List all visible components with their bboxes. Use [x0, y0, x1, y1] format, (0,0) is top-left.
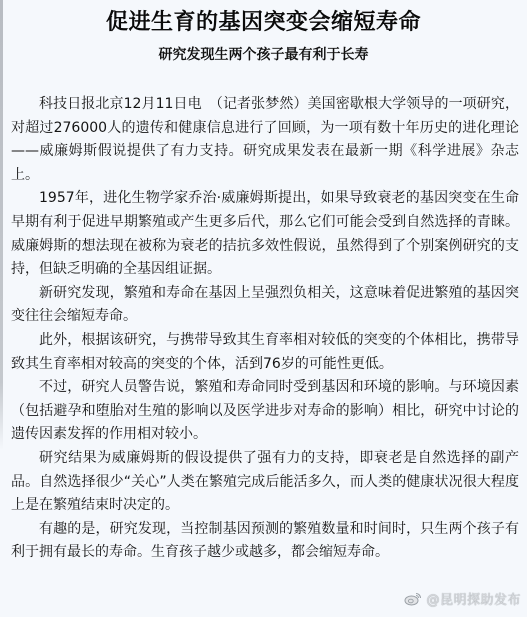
article-subtitle: 研究发现生两个孩子最有利于长寿	[0, 44, 527, 66]
article-body: 科技日报北京12月11日电 （记者张梦然）美国密歇根大学领导的一项研究，对超过2…	[11, 93, 519, 565]
article-title: 促进生育的基因突变会缩短寿命	[0, 8, 527, 38]
watermark-text: @昆明探助发布	[426, 589, 521, 608]
paragraph: 1957年，进化生物学家乔治·威廉姆斯提出，如果导致衰老的基因突变在生命早期有利…	[11, 187, 519, 281]
paragraph: 研究结果为威廉姆斯的假设提供了强有力的支持，即衰老是自然选择的副产品。自然选择很…	[11, 447, 519, 518]
left-border	[0, 0, 3, 450]
paragraph: 新研究发现，繁殖和寿命在基因上呈强烈负相关，这意味着促进繁殖的基因突变往往会缩短…	[11, 282, 519, 329]
paragraph: 有趣的是，研究发现，当控制基因预测的繁殖数量和时间时，只生两个孩子有利于拥有最长…	[11, 518, 519, 565]
paragraph: 不过，研究人员警告说，繁殖和寿命同时受到基因和环境的影响。与环境因素（包括避孕和…	[11, 376, 519, 447]
watermark: @昆明探助发布	[404, 589, 521, 608]
paragraph: 科技日报北京12月11日电 （记者张梦然）美国密歇根大学领导的一项研究，对超过2…	[11, 93, 519, 187]
paragraph: 此外，根据该研究，与携带导致其生育率相对较低的突变的个体相比，携带导致其生育率相…	[11, 329, 519, 376]
weibo-icon	[404, 591, 422, 606]
